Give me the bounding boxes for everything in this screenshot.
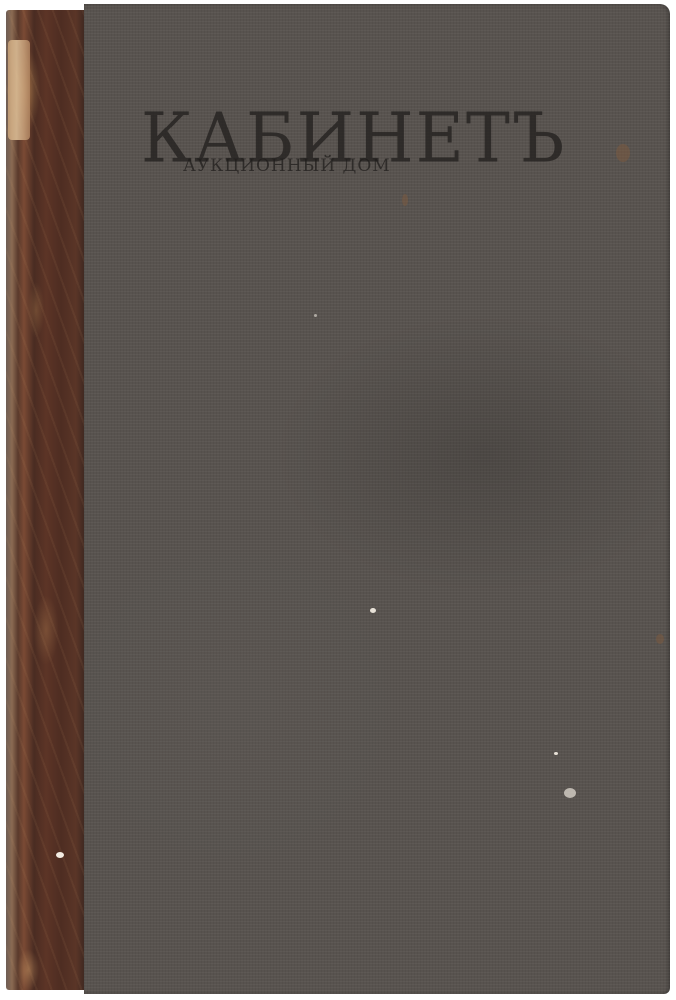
leather-spine <box>6 10 90 990</box>
speck-small-2 <box>314 314 317 317</box>
speck-cluster <box>564 788 576 798</box>
stain-top <box>402 194 408 206</box>
spine-speck <box>56 852 64 858</box>
speck-center <box>370 608 376 613</box>
stain-right-edge <box>656 634 664 644</box>
stain-top-right <box>616 144 630 162</box>
book: КАБИНЕТЪ АУКЦИОННЫЙ ДОМ <box>6 4 670 994</box>
spine-wear-damage <box>8 40 30 140</box>
speck-small-1 <box>554 752 558 755</box>
cloth-cover <box>84 4 670 994</box>
